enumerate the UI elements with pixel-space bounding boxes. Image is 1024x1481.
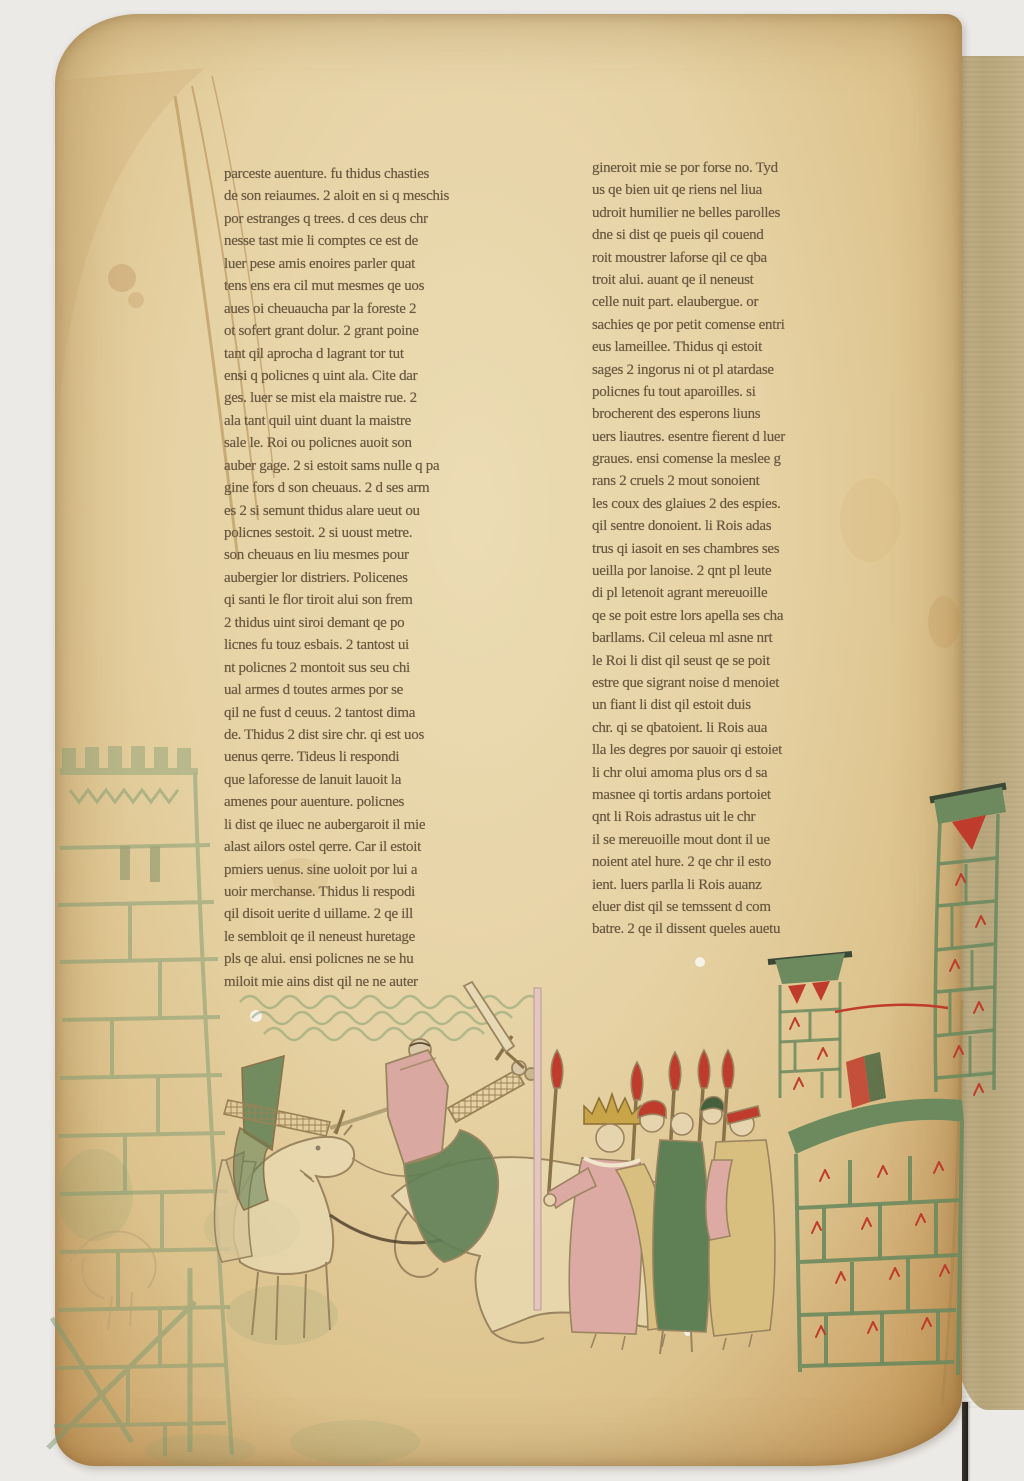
- text-line: auber gage. 2 si estoit sams nulle q pa: [224, 458, 558, 480]
- text-line: luer pese amis enoires parler quat: [224, 256, 558, 278]
- text-line: de. Thidus 2 dist sire chr. qi est uos: [224, 727, 558, 749]
- text-line: amenes pour auenture. policnes: [224, 794, 558, 816]
- text-line: di pl letenoit agrant mereuoille: [592, 585, 926, 607]
- text-line: nesse tast mie li comptes ce est de: [224, 233, 558, 255]
- text-line: uoir merchanse. Thidus li respodi: [224, 884, 558, 906]
- text-line: policnes sestoit. 2 si uoust metre.: [224, 525, 558, 547]
- text-line: graues. ensi comense la meslee g: [592, 451, 926, 473]
- text-line: trus qi iasoit en ses chambres ses: [592, 541, 926, 563]
- text-line: qnt li Rois adrastus uit le chr: [592, 809, 926, 831]
- text-column-left: parceste auenture. fu thidus chastiesde …: [224, 166, 558, 996]
- text-line: ala tant quil uint duant la maistre: [224, 413, 558, 435]
- text-line: es 2 si semunt thidus alare ueut ou: [224, 503, 558, 525]
- text-line: aubergier lor distriers. Policenes: [224, 570, 558, 592]
- text-line: brocherent des esperons liuns: [592, 406, 926, 428]
- text-line: sale le. Roi ou policnes auoit son: [224, 435, 558, 457]
- text-column-right: gineroit mie se por forse no. Tydus qe b…: [592, 160, 926, 944]
- text-line: aues oi cheuaucha par la foreste 2: [224, 301, 558, 323]
- text-line: miloit mie ains dist qil ne ne auter: [224, 974, 558, 996]
- text-line: eus lameillee. Thidus qi estoit: [592, 339, 926, 361]
- text-line: qi santi le flor tiroit alui son frem: [224, 592, 558, 614]
- text-line: de son reiaumes. 2 aloit en si q meschis: [224, 188, 558, 210]
- text-line: le sembloit qe il neneust huretage: [224, 929, 558, 951]
- text-line: tant qil aprocha d lagrant tor tut: [224, 346, 558, 368]
- text-line: sages 2 ingorus ni ot pl atardase: [592, 362, 926, 384]
- text-line: li dist qe iluec ne aubergaroit il mie: [224, 817, 558, 839]
- text-line: ges. luer se mist ela maistre rue. 2: [224, 390, 558, 412]
- text-line: eluer dist qil se temssent d com: [592, 899, 926, 921]
- text-line: estre que sigrant noise d menoiet: [592, 675, 926, 697]
- text-line: udroit humilier ne belles parolles: [592, 205, 926, 227]
- text-line: qe se poit estre lors apella ses cha: [592, 608, 926, 630]
- text-line: policnes fu tout aparoilles. si: [592, 384, 926, 406]
- text-line: dne si dist qe pueis qil couend: [592, 227, 926, 249]
- text-line: il se mereuoille mout dont il ue: [592, 832, 926, 854]
- text-line: troit alui. auant qe il neneust: [592, 272, 926, 294]
- text-line: le Roi li dist qil seust qe se poit: [592, 653, 926, 675]
- text-line: barllams. Cil celeua ml asne nrt: [592, 630, 926, 652]
- text-line: 2 thidus uint siroi demant qe po: [224, 615, 558, 637]
- text-line: ient. luers parlla li Rois auanz: [592, 877, 926, 899]
- text-line: ual armes d toutes armes por se: [224, 682, 558, 704]
- text-line: pmiers uenus. sine uoloit por lui a: [224, 862, 558, 884]
- text-line: ueilla por lanoise. 2 qnt pl leute: [592, 563, 926, 585]
- text-line: un fiant li dist qil estoit duis: [592, 697, 926, 719]
- text-line: celle nuit part. elaubergue. or: [592, 294, 926, 316]
- text-line: qil ne fust d ceuus. 2 tantost dima: [224, 705, 558, 727]
- text-line: qil sentre donoient. li Rois adas: [592, 518, 926, 540]
- text-line: batre. 2 qe il dissent queles auetu: [592, 921, 926, 943]
- text-line: por estranges q trees. d ces deus chr: [224, 211, 558, 233]
- manuscript-photo: parceste auenture. fu thidus chastiesde …: [0, 0, 1024, 1481]
- text-line: alast ailors ostel qerre. Car il estoit: [224, 839, 558, 861]
- text-line: sachies qe por petit comense entri: [592, 317, 926, 339]
- text-line: que laforesse de lanuit lauoit la: [224, 772, 558, 794]
- text-line: rans 2 cruels 2 mout sonoient: [592, 473, 926, 495]
- text-line: ot sofert grant dolur. 2 grant poine: [224, 323, 558, 345]
- text-line: roit moustrer laforse qil ce qba: [592, 250, 926, 272]
- text-line: son cheuaus en liu mesmes pour: [224, 547, 558, 569]
- text-line: us qe bien uit qe riens nel liua: [592, 182, 926, 204]
- text-line: gine fors d son cheuaus. 2 d ses arm: [224, 480, 558, 502]
- text-line: parceste auenture. fu thidus chasties: [224, 166, 558, 188]
- text-line: pls qe alui. ensi policnes ne se hu: [224, 951, 558, 973]
- text-line: qil disoit uerite d uillame. 2 qe ill: [224, 906, 558, 928]
- text-line: gineroit mie se por forse no. Tyd: [592, 160, 926, 182]
- text-line: uers liautres. esentre fierent d luer: [592, 429, 926, 451]
- text-line: tens ens era cil mut mesmes qe uos: [224, 278, 558, 300]
- text-line: li chr olui amoma plus ors d sa: [592, 765, 926, 787]
- text-line: noient atel hure. 2 qe chr il esto: [592, 854, 926, 876]
- text-line: les coux des glaiues 2 des espies.: [592, 496, 926, 518]
- text-line: licnes fu touz esbais. 2 tantost ui: [224, 637, 558, 659]
- text-line: uenus qerre. Tideus li respondi: [224, 749, 558, 771]
- text-line: nt policnes 2 montoit sus seu chi: [224, 660, 558, 682]
- text-line: masnee qi tortis ardans portoiet: [592, 787, 926, 809]
- book-clasp-strap: [962, 1402, 968, 1481]
- text-line: lla les degres por sauoir qi estoiet: [592, 742, 926, 764]
- text-line: ensi q policnes q uint ala. Cite dar: [224, 368, 558, 390]
- text-line: chr. qi se qbatoient. li Rois aua: [592, 720, 926, 742]
